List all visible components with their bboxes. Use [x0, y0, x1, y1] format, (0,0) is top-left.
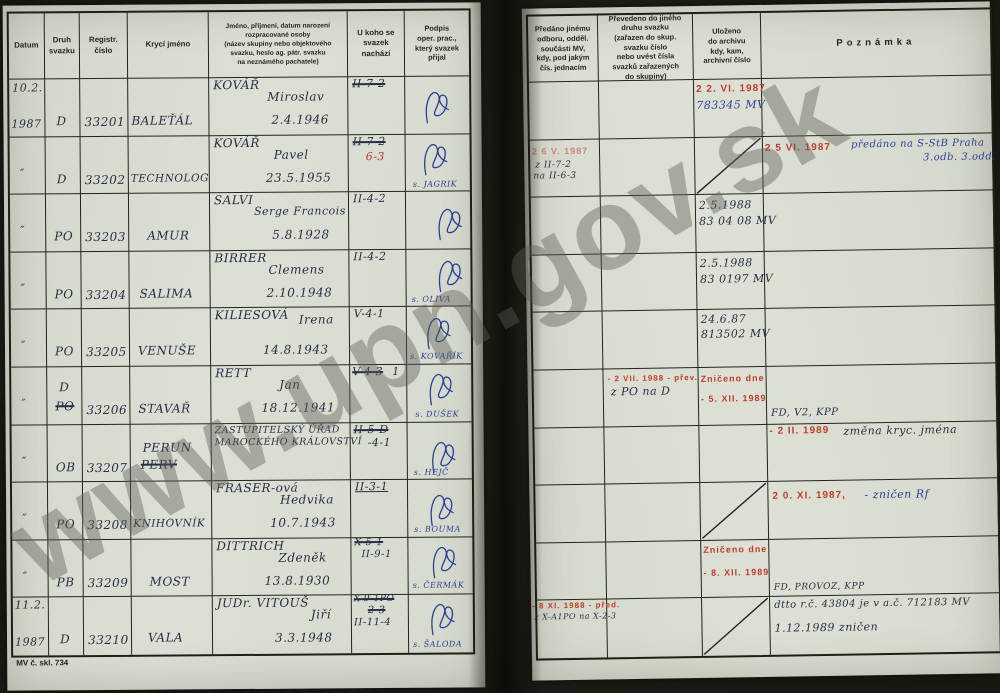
handwritten-text: 33202 — [85, 173, 126, 185]
handwritten-text: FD, PROVOZ, KPP — [774, 582, 865, 592]
handwritten-text: 2.10.1948 — [267, 286, 333, 298]
handwritten-text: -4-1 — [368, 437, 392, 448]
cell-registr-cislo-row1: 33201 — [80, 79, 128, 137]
handwritten-text: 33206 — [86, 404, 127, 416]
cell-predano-row10: - 8 XI. 1988 - před.z X-A1PO na X-2-3 — [537, 600, 608, 659]
handwritten-text: D — [59, 381, 69, 393]
signature-icon — [425, 597, 469, 641]
cell-ulozeno-row10 — [702, 597, 771, 656]
cell-predano-row1 — [529, 82, 600, 141]
cell-podpis-row10: s. ŠALODA — [409, 595, 473, 653]
cell-prevedeno-row9 — [606, 541, 702, 600]
cell-u-koho-row4: II-4-2 — [349, 250, 406, 308]
diagonal-strike — [700, 482, 768, 540]
cell-registr-cislo-row9: 33209 — [83, 540, 131, 598]
cell-jmeno-prijmeni-row9: DITTRICHZdeněk13.8.1930 — [212, 538, 351, 597]
cell-poznamka-row3 — [764, 191, 994, 252]
handwritten-text: 2.4.1946 — [271, 113, 329, 125]
handwritten-text: Jiří — [311, 609, 331, 621]
handwritten-text: X-5-1 — [354, 538, 383, 548]
handwritten-text: 5.8.1928 — [272, 229, 330, 241]
cell-podpis-row2: s. JAGRIK — [406, 134, 470, 192]
handwritten-text: ″ — [23, 570, 28, 582]
cell-kryci-jmeno-row8: KNIHOVNÍK — [131, 481, 212, 539]
column-header-kryci-jmeno: Krycí jméno — [128, 12, 209, 79]
handwritten-text: PO — [54, 230, 73, 242]
handwritten-text: PERV — [141, 458, 177, 470]
cell-poznamka-row7: - 2 II. 1989změna kryc. jména — [767, 421, 997, 482]
cell-jmeno-prijmeni-row5: KILIESOVÁIrena14.8.1943 — [211, 308, 350, 367]
cell-datum-row7: ″ — [12, 425, 48, 483]
cell-poznamka-row5 — [766, 306, 996, 367]
column-header-poznamka: Poznámka — [761, 9, 991, 79]
cell-ulozeno-row5: 24.6.87813502 MV — [698, 309, 767, 368]
cell-poznamka-row10: dtto r.č. 43804 je v a.č. 712183 MV1.12.… — [770, 594, 1000, 655]
handwritten-text: 33204 — [86, 289, 127, 301]
signature-icon — [418, 136, 462, 180]
handwritten-text: ″ — [20, 225, 25, 237]
handwritten-text: II-3-1 — [355, 481, 388, 492]
cell-kryci-jmeno-row3: AMUR — [129, 193, 210, 251]
handwritten-text: MAROCKÉHO KRÁLOVSTVÍ — [215, 437, 362, 448]
cell-jmeno-prijmeni-row1: KOVÁŘMiroslav2.4.1946 — [209, 77, 348, 136]
handwritten-text: s. HEJČ — [414, 468, 449, 476]
handwritten-text: 33205 — [86, 346, 127, 358]
cell-poznamka-row6: FD, V2, KPP — [766, 363, 996, 424]
handwritten-text: s. JAGRIK — [413, 180, 457, 188]
cell-predano-row8 — [535, 485, 606, 544]
cell-poznamka-row2: 2 5 VI. 1987předáno na S-StB Praha3.odb.… — [763, 133, 993, 194]
cell-podpis-row6: s. DUŠEK — [407, 364, 471, 422]
handwritten-text: - zničen Rf — [864, 489, 929, 501]
cell-podpis-row1 — [405, 76, 469, 134]
column-header-predano: Předáno jinému odboru, odděl. součásti M… — [528, 16, 599, 83]
stamp-text: - 5. XII. 1989 — [701, 394, 767, 404]
handwritten-text: na II-6-3 — [533, 171, 576, 181]
handwritten-text: SALVI — [214, 194, 253, 206]
handwritten-text: PB — [57, 576, 75, 588]
handwritten-text: 13.8.1930 — [265, 574, 331, 586]
handwritten-text: Jan — [279, 379, 300, 391]
left-page: DatumDruh svazkuRegistr. čísloKrycí jmén… — [3, 2, 486, 690]
cell-jmeno-prijmeni-row2: KOVÁŘPavel23.5.1955 — [210, 135, 349, 194]
cell-kryci-jmeno-row2: TECHNOLOG — [129, 136, 210, 194]
cell-poznamka-row9: FD, PROVOZ, KPP — [769, 536, 999, 597]
handwritten-text: ″ — [22, 455, 27, 467]
handwritten-text: VALA — [148, 632, 183, 644]
handwritten-text: ″ — [21, 397, 26, 409]
handwritten-text: 18.12.1941 — [261, 401, 335, 414]
column-header-druh-svazku: Druh svazku — [45, 13, 80, 79]
cell-datum-row10: 11.2.1987 — [13, 598, 49, 656]
handwritten-text: 10.2. — [12, 82, 43, 93]
cell-datum-row6: ″ — [11, 367, 47, 425]
handwritten-text: z X-A1PO na X-2-3 — [534, 613, 616, 622]
cell-druh-svazku-row4: PO — [46, 252, 81, 310]
handwritten-text: Zdeněk — [278, 551, 326, 563]
handwritten-text: 6-3 — [366, 151, 385, 162]
handwritten-text: VENUŠE — [138, 345, 196, 357]
handwritten-text: II-11-4 — [354, 618, 391, 628]
handwritten-text: ″ — [20, 167, 25, 179]
handwritten-text: Pavel — [274, 148, 309, 160]
handwritten-text: AMUR — [147, 230, 189, 242]
cell-druh-svazku-row5: PO — [47, 310, 82, 368]
cell-kryci-jmeno-row4: SALIMA — [129, 251, 210, 309]
column-header-registr-cislo: Registr. číslo — [80, 13, 128, 79]
cell-u-koho-row9: X-5-1II-9-1 — [351, 538, 408, 596]
cell-predano-row4 — [532, 254, 603, 313]
handwritten-text: II-4-2 — [353, 251, 386, 262]
cell-datum-row2: ″ — [10, 137, 46, 195]
cell-podpis-row9: s. ČERMÁK — [408, 537, 472, 595]
handwritten-text: dtto r.č. 43804 je v a.č. 712183 MV — [774, 598, 970, 611]
handwritten-text: změna kryc. jména — [843, 423, 957, 436]
handwritten-text: ″ — [21, 282, 26, 294]
handwritten-text: II-5-D — [354, 424, 389, 435]
handwritten-text: 2-3 — [368, 606, 386, 616]
column-header-prevedeno: Převedeno do jiného druhu svazku (zařaze… — [598, 14, 694, 81]
signature-icon — [419, 84, 463, 128]
handwritten-text: předáno na S-StB Praha — [851, 138, 985, 150]
cell-prevedeno-row4 — [602, 253, 698, 312]
registry-table-right: Předáno jinému odboru, odděl. součásti M… — [526, 7, 1000, 660]
cell-podpis-row8: s. BOUMA — [408, 480, 472, 538]
cell-ulozeno-row9: Zničeno dne- 8. XII. 1989 — [701, 540, 770, 599]
handwritten-text: z II-7-2 — [535, 161, 571, 171]
cell-ulozeno-row4: 2.5.198883 0197 MV — [697, 252, 766, 311]
column-header-podpis: Podpis oper. prac., který svazek přijal — [405, 10, 469, 76]
handwritten-text: 2.5.1988 — [700, 257, 753, 269]
cell-registr-cislo-row5: 33205 — [82, 309, 130, 367]
handwritten-text: 33208 — [87, 519, 128, 531]
cell-kryci-jmeno-row5: VENUŠE — [130, 309, 211, 367]
handwritten-text: 33201 — [84, 116, 125, 128]
handwritten-text: 33209 — [88, 577, 129, 589]
cell-predano-row6 — [533, 369, 604, 428]
cell-predano-row3 — [531, 197, 602, 256]
diagonal-strike — [702, 597, 770, 656]
cell-druh-svazku-row6: DPO — [47, 367, 82, 425]
handwritten-text: Irena — [299, 314, 334, 326]
handwritten-text: 1987 — [11, 118, 41, 129]
cell-poznamka-row8: 2 0. XI. 1987,- zničen Rf — [768, 478, 998, 539]
right-page: Předáno jinému odboru, odděl. součásti M… — [522, 1, 1000, 680]
cell-registr-cislo-row2: 33202 — [81, 136, 129, 194]
handwritten-text: D — [56, 115, 66, 127]
signature-icon — [426, 539, 470, 583]
cell-kryci-jmeno-row9: MOST — [131, 539, 212, 597]
handwritten-text: 1.12.1989 zničen — [774, 622, 878, 635]
cell-druh-svazku-row3: PO — [46, 194, 81, 252]
cell-u-koho-row7: II-5-D-4-1 — [351, 422, 408, 480]
cell-druh-svazku-row8: PO — [48, 482, 83, 540]
handwritten-text: PO — [55, 346, 74, 358]
cell-ulozeno-row6: Zničeno dne- 5. XII. 1989 — [698, 367, 767, 426]
handwritten-text: 33203 — [85, 231, 126, 243]
handwritten-text: ″ — [22, 513, 27, 525]
cell-u-koho-row5: V-4-1 — [350, 307, 407, 365]
cell-jmeno-prijmeni-row4: BIRRERClemens2.10.1948 — [210, 250, 349, 309]
cell-predano-row5 — [533, 312, 604, 371]
cell-u-koho-row8: II-3-1 — [351, 480, 408, 538]
stamp-text: - 2 II. 1989 — [769, 426, 829, 437]
handwritten-text: 23.5.1955 — [266, 171, 332, 183]
stamp-text: - 2 VII. 1988 - přev. — [608, 374, 698, 383]
handwritten-text: Clemens — [268, 263, 324, 275]
handwritten-text: II-7-2 — [353, 136, 386, 147]
cell-prevedeno-row3 — [601, 195, 697, 254]
handwritten-text: DITTRICH — [216, 539, 284, 551]
cell-poznamka-row1 — [762, 75, 992, 136]
column-header-ulozeno: Uloženo do archivu kdy, kam, archivní čí… — [693, 13, 762, 80]
handwritten-text: KOVÁŘ — [214, 136, 260, 148]
cell-registr-cislo-row8: 33208 — [83, 482, 131, 540]
handwritten-text: 1 — [392, 366, 400, 377]
handwritten-text: 10.7.1943 — [270, 517, 336, 529]
handwritten-text: 24.6.87 — [701, 314, 747, 326]
cell-predano-row7 — [534, 427, 605, 486]
handwritten-text: s. DUŠEK — [415, 410, 459, 418]
cell-druh-svazku-row10: D — [49, 597, 84, 655]
cell-registr-cislo-row3: 33203 — [81, 194, 129, 252]
cell-registr-cislo-row6: 33206 — [82, 367, 130, 425]
handwritten-text: TECHNOLOG — [131, 173, 209, 184]
handwritten-text: PO — [56, 518, 75, 530]
handwritten-text: 813502 MV — [701, 328, 770, 340]
cell-podpis-row3 — [406, 192, 470, 250]
cell-datum-row5: ″ — [11, 310, 47, 368]
handwritten-text: s. ČERMÁK — [413, 581, 465, 589]
cell-prevedeno-row8 — [605, 483, 701, 542]
cell-ulozeno-row1: 2 2. VI. 1987783345 MV — [694, 79, 763, 138]
handwritten-text: X-9-1PO — [354, 595, 395, 604]
cell-prevedeno-row10 — [607, 598, 703, 657]
cell-datum-row9: ″ — [12, 540, 48, 598]
column-header-datum: Datum — [9, 13, 45, 79]
handwritten-text: 783345 MV — [696, 99, 765, 111]
handwritten-text: 14.8.1943 — [263, 344, 329, 356]
cell-predano-row9 — [536, 542, 607, 601]
registry-table-left: DatumDruh svazkuRegistr. čísloKrycí jmén… — [7, 8, 475, 657]
signature-icon — [432, 202, 476, 246]
cell-prevedeno-row6: - 2 VII. 1988 - přev.z PO na D — [603, 368, 699, 427]
handwritten-text: KILIESOVÁ — [215, 309, 289, 322]
cell-ulozeno-row3: 2.5.198883 04 08 MV — [696, 194, 765, 253]
handwritten-text: D — [60, 634, 70, 646]
cell-prevedeno-row2 — [600, 138, 696, 197]
cell-podpis-row7: s. HEJČ — [408, 422, 472, 480]
handwritten-text: II-9-1 — [361, 550, 391, 560]
cell-druh-svazku-row1: D — [45, 79, 80, 137]
handwritten-text: II-7-2 — [352, 78, 385, 89]
handwritten-text: 83 0197 MV — [700, 273, 773, 285]
cell-kryci-jmeno-row10: VALA — [132, 597, 213, 655]
handwritten-text: 1987 — [15, 637, 45, 648]
cell-predano-row2: 2 6 V. 1987z II-7-2na II-6-3 — [530, 139, 601, 198]
handwritten-text: PO — [55, 288, 74, 300]
cell-u-koho-row1: II-7-2 — [348, 77, 405, 135]
cell-datum-row8: ″ — [12, 483, 48, 541]
cell-prevedeno-row1 — [599, 80, 695, 139]
handwritten-text: PERUN — [143, 441, 192, 453]
cell-prevedeno-row7 — [604, 426, 700, 485]
stamp-text: 2 2. VI. 1987 — [696, 84, 766, 95]
cell-registr-cislo-row7: 33207 — [83, 424, 131, 482]
handwritten-text: V-4-1 — [354, 308, 385, 319]
cell-registr-cislo-row4: 33204 — [81, 252, 129, 310]
stamp-text: Zničeno dne — [703, 545, 767, 555]
cell-jmeno-prijmeni-row3: SALVISerge Francois5.8.1928 — [210, 192, 349, 251]
stamp-text: - 8. XII. 1989 — [704, 568, 770, 578]
column-header-u-koho: U koho se svazek nachází — [348, 11, 405, 77]
cell-prevedeno-row5 — [603, 310, 699, 369]
handwritten-text: ZASTUPITELSKÝ ÚŘAD — [215, 425, 340, 435]
cell-druh-svazku-row9: PB — [48, 540, 83, 598]
cell-datum-row4: ″ — [10, 252, 46, 310]
cell-ulozeno-row8 — [700, 482, 769, 541]
stamp-text: Zničeno dne — [701, 374, 765, 384]
handwritten-text: 11.2. — [15, 600, 46, 611]
cell-u-koho-row3: II-4-2 — [349, 192, 406, 250]
cell-u-koho-row6: V-4-31 — [350, 365, 407, 423]
handwritten-text: KOVÁŘ — [213, 79, 259, 91]
stamp-text: 2 0. XI. 1987, — [772, 491, 846, 502]
signature-icon — [423, 366, 467, 410]
handwritten-text: JUDr. VITOUŠ — [217, 597, 309, 610]
handwritten-text: Serge Francois — [254, 205, 346, 217]
handwritten-text: SALIMA — [140, 287, 194, 299]
cell-ulozeno-row7 — [699, 424, 768, 483]
handwritten-text: s. OLIVA — [412, 295, 451, 303]
handwritten-text: BIRRER — [214, 252, 267, 264]
handwritten-text: II-4-2 — [353, 193, 386, 204]
handwritten-text: Miroslav — [267, 90, 324, 102]
cell-kryci-jmeno-row6: STAVAŘ — [130, 366, 211, 424]
handwritten-text: s. BOUMA — [414, 526, 461, 534]
handwritten-text: s. ŠALODA — [413, 641, 462, 649]
cell-datum-row1: 10.2.1987 — [9, 79, 45, 137]
cell-registr-cislo-row10: 33210 — [84, 597, 132, 655]
signature-icon — [421, 311, 465, 355]
signature-icon — [432, 253, 476, 297]
stamp-text: 2 6 V. 1987 — [532, 146, 588, 156]
handwritten-text: 33210 — [88, 634, 129, 646]
cell-kryci-jmeno-row7: PERUNPERV — [131, 424, 212, 482]
cell-jmeno-prijmeni-row10: JUDr. VITOUŠJiří3.3.1948 — [213, 596, 352, 655]
handwritten-text: MOST — [150, 575, 190, 587]
cell-ulozeno-row2 — [695, 137, 764, 196]
cell-jmeno-prijmeni-row6: RETTJan18.12.1941 — [211, 365, 350, 424]
cell-kryci-jmeno-row1: BALEŤÁL — [128, 78, 209, 136]
cell-druh-svazku-row7: OB — [48, 425, 83, 483]
column-header-jmeno-prijmeni: Jméno, příjmení, datum narození rozpraco… — [209, 11, 348, 78]
cell-podpis-row5: s. KOVAŘÍK — [407, 307, 471, 365]
handwritten-text: STAVAŘ — [138, 402, 190, 414]
handwritten-text: V-4-3 — [352, 366, 383, 377]
handwritten-text: 3.odb. 3.odd. — [923, 152, 996, 163]
cell-jmeno-prijmeni-row7: ZASTUPITELSKÝ ÚŘADMAROCKÉHO KRÁLOVSTVÍ — [212, 423, 351, 482]
cell-druh-svazku-row2: D — [46, 137, 81, 195]
handwritten-text: D — [57, 173, 67, 185]
cell-u-koho-row2: II-7-26-3 — [349, 134, 406, 192]
document-scan: DatumDruh svazkuRegistr. čísloKrycí jmén… — [0, 0, 1000, 693]
form-number: MV č. skl. 734 — [16, 658, 68, 667]
cell-jmeno-prijmeni-row8: FRASER-ováHedvika10.7.1943 — [212, 480, 351, 539]
handwritten-text: PO — [55, 400, 74, 412]
cell-poznamka-row4 — [765, 248, 995, 309]
handwritten-text: z PO na D — [611, 385, 671, 397]
handwritten-text: RETT — [215, 367, 251, 379]
handwritten-text: 3.3.1948 — [275, 632, 333, 644]
handwritten-text: ″ — [21, 340, 26, 352]
handwritten-text: Hedvika — [280, 494, 334, 506]
diagonal-strike — [695, 137, 763, 195]
cell-podpis-row4: s. OLIVA — [406, 249, 470, 307]
cell-datum-row3: ″ — [10, 195, 46, 253]
cell-u-koho-row10: X-9-1PO2-3II-11-4 — [352, 595, 409, 653]
handwritten-text: FD, V2, KPP — [771, 408, 838, 419]
stamp-text: 2 5 VI. 1987 — [765, 142, 831, 153]
handwritten-text: s. KOVAŘÍK — [410, 353, 463, 361]
handwritten-text: 2.5.1988 — [699, 199, 752, 211]
handwritten-text: OB — [56, 461, 76, 473]
handwritten-text: 33207 — [87, 461, 128, 473]
handwritten-text: KNIHOVNÍK — [133, 518, 205, 529]
handwritten-text: BALEŤÁL — [131, 114, 193, 126]
